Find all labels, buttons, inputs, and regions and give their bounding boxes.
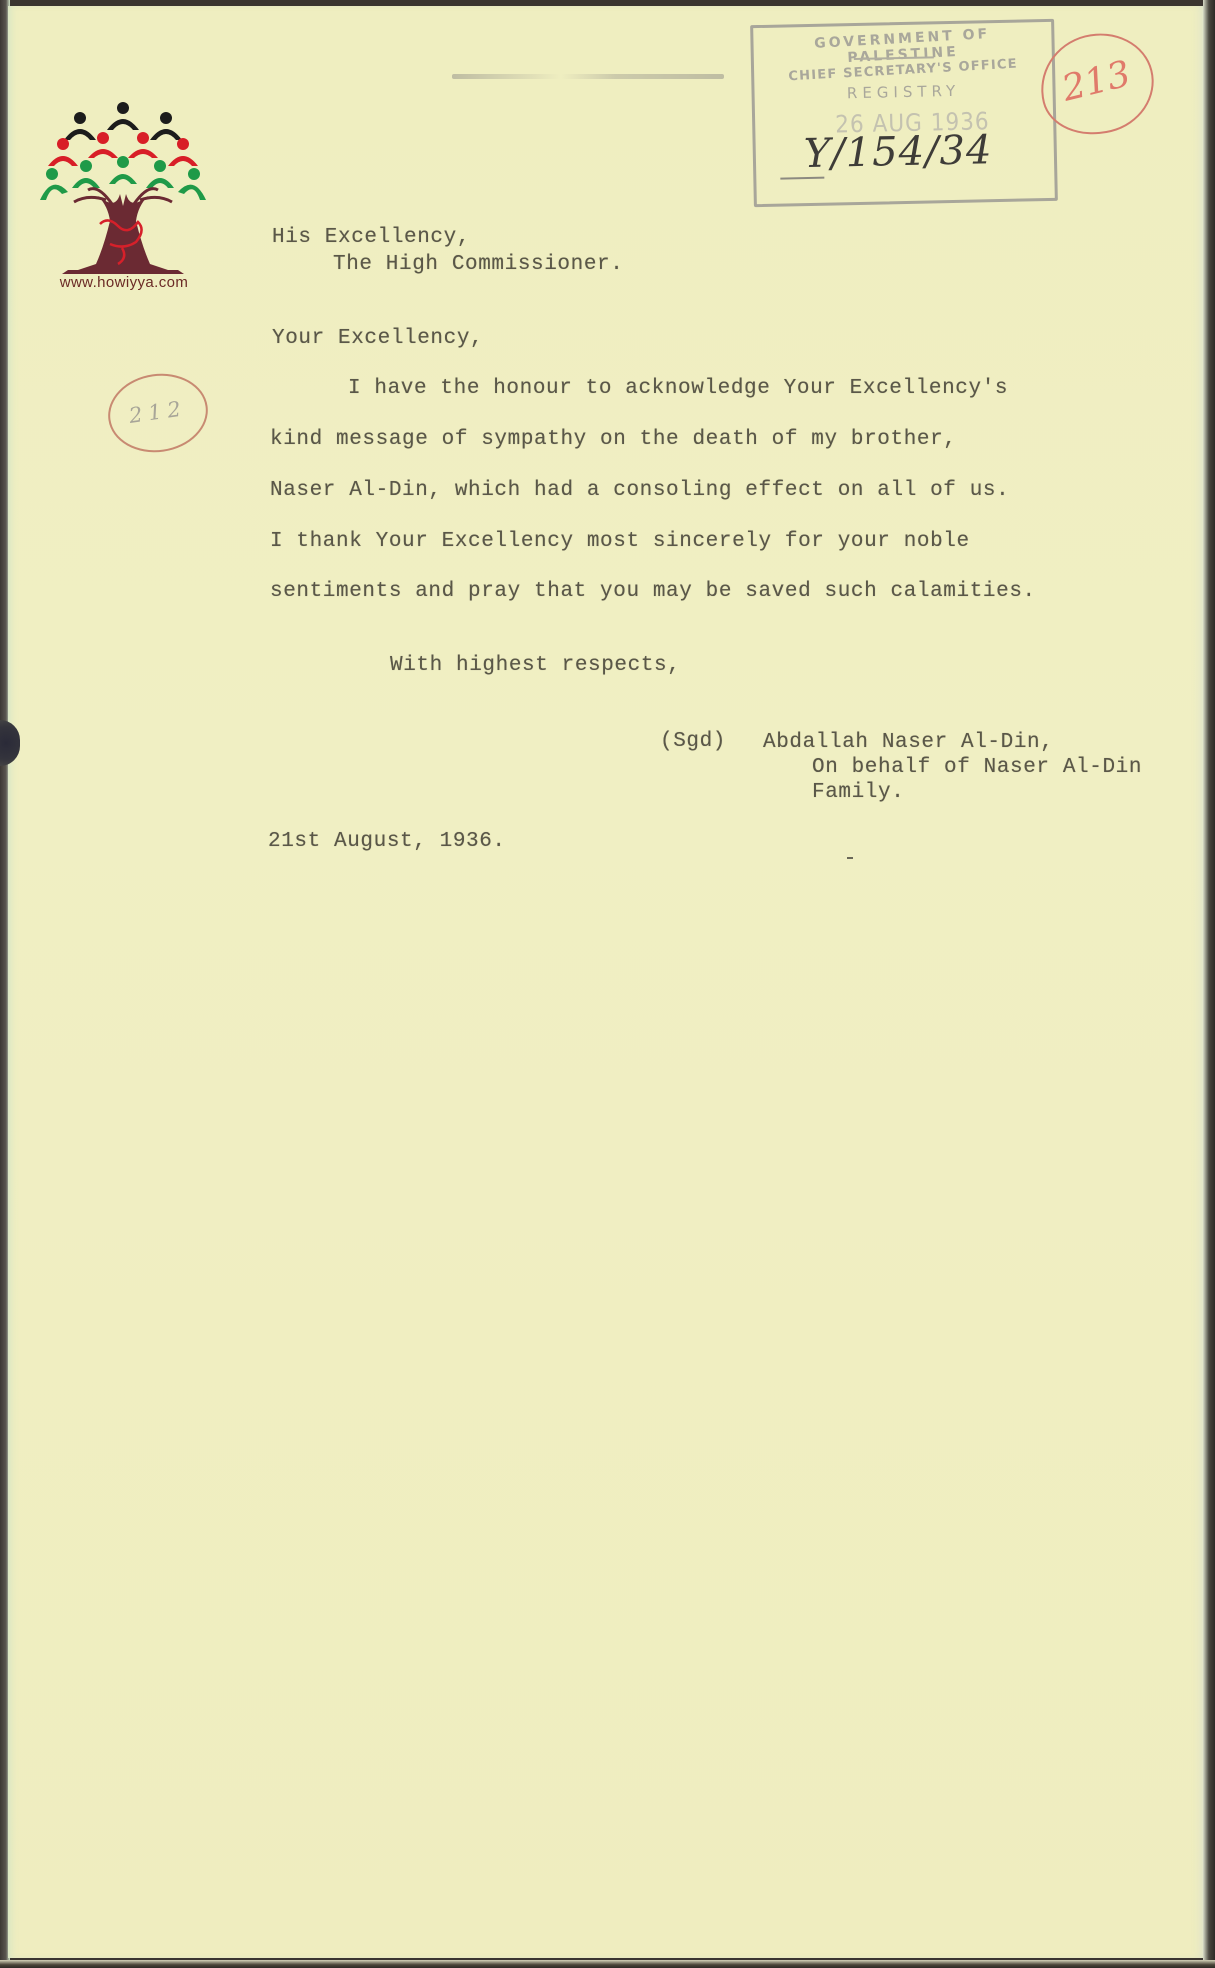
stamp-ref-dash xyxy=(780,177,824,180)
signature-behalf: On behalf of Naser Al-Din xyxy=(812,756,1142,779)
body-line-5: sentiments and pray that you may be save… xyxy=(270,580,1036,603)
signature-name: Abdallah Naser Al-Din, xyxy=(763,731,1053,754)
scan-bottom-edge xyxy=(0,1960,1215,1968)
scan-right-edge xyxy=(1203,0,1215,1968)
ink-speck xyxy=(847,857,853,859)
body-line-2: kind message of sympathy on the death of… xyxy=(270,428,957,451)
stamp-reference-number: Y/154/34 xyxy=(803,127,993,177)
letter-date: 21st August, 1936. xyxy=(268,830,506,853)
body-line-4: I thank Your Excellency most sincerely f… xyxy=(270,530,970,553)
body-line-3: Naser Al-Din, which had a consoling effe… xyxy=(270,479,1009,502)
body-line-1: I have the honour to acknowledge Your Ex… xyxy=(348,377,1008,400)
faint-ink-mark xyxy=(452,74,724,79)
addressee-line1: His Excellency, xyxy=(272,226,470,249)
howiyya-logo-icon xyxy=(38,96,208,296)
salutation: Your Excellency, xyxy=(272,327,483,350)
closing: With highest respects, xyxy=(390,654,680,677)
signature-prefix: (Sgd) xyxy=(660,730,726,753)
watermark-url[interactable]: www.howiyya.com xyxy=(38,274,210,291)
registry-stamp: GOVERNMENT OF PALESTINE CHIEF SECRETARY'… xyxy=(750,19,1058,207)
signature-family: Family. xyxy=(812,781,904,804)
addressee-line2: The High Commissioner. xyxy=(333,253,623,276)
document-page xyxy=(8,6,1206,1958)
